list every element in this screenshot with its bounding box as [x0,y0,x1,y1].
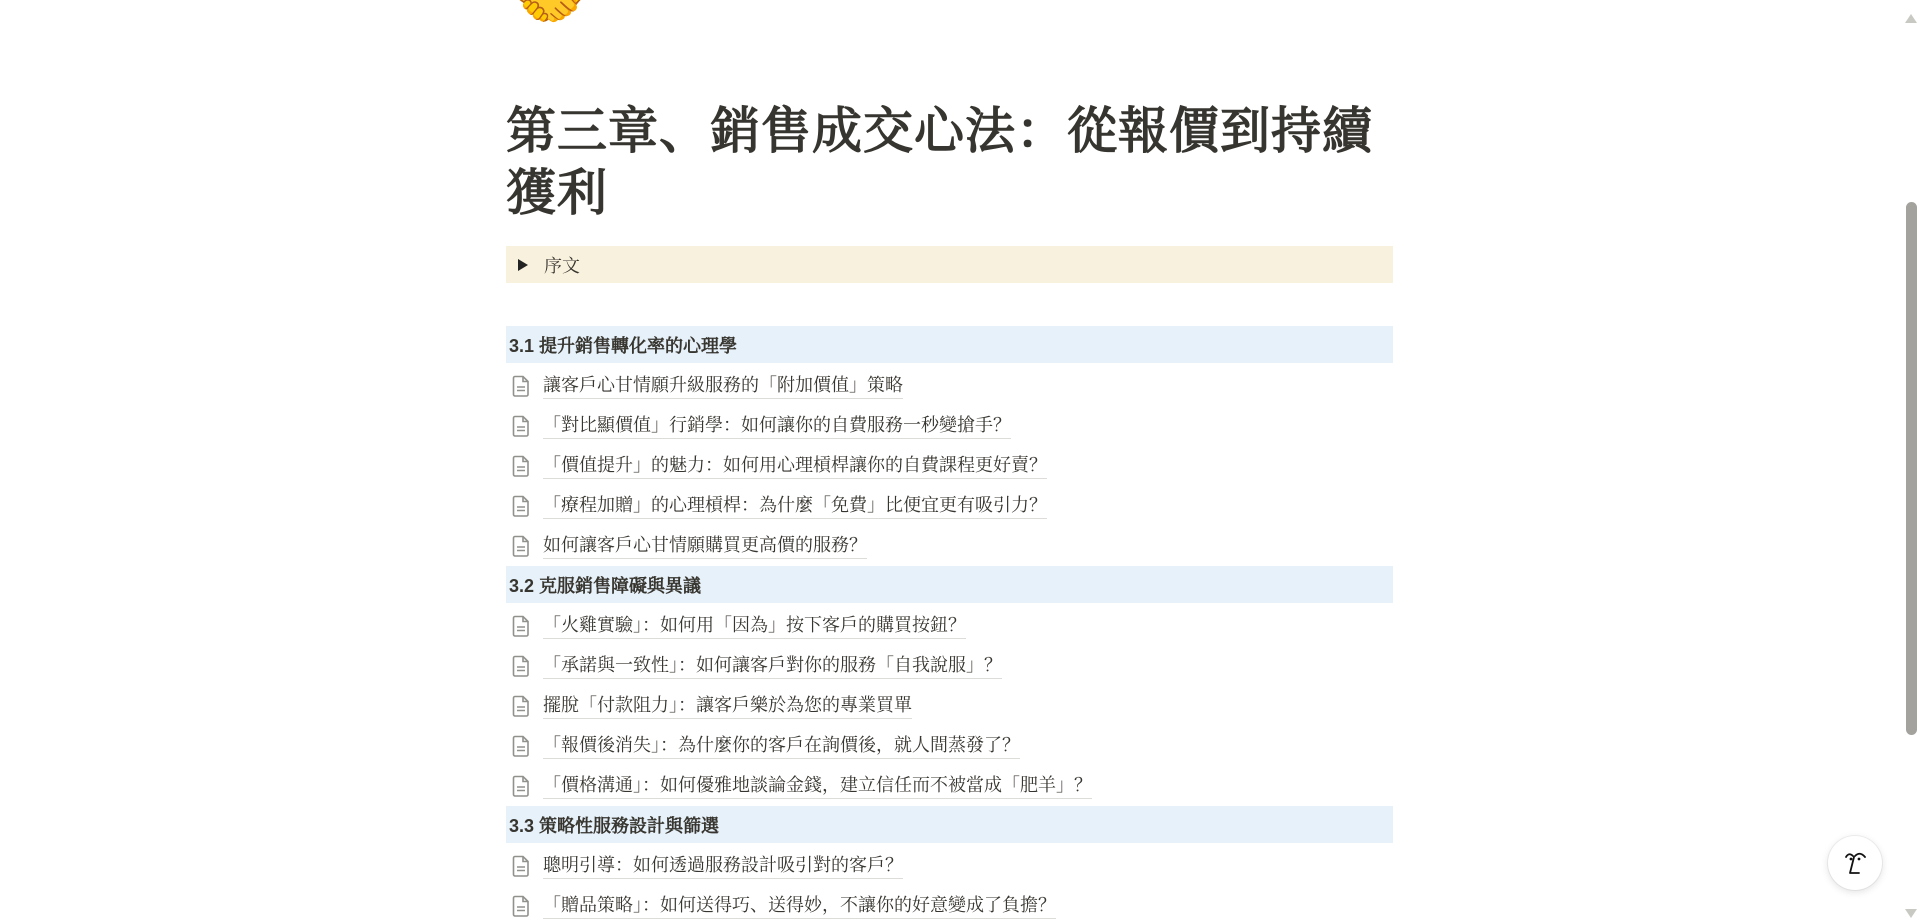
page-doc-icon [512,535,530,557]
page-link[interactable]: 「價格溝通」：如何優雅地談論金錢，建立信任而不被當成「肥羊」？ [506,768,1092,804]
page-link[interactable]: 「報價後消失」：為什麼你的客戶在詢價後，就人間蒸發了？ [506,728,1020,764]
page-doc-icon [512,455,530,477]
page-link-text[interactable]: 聰明引導：如何透過服務設計吸引對的客戶？ [543,853,903,879]
toggle-label: 序文 [544,252,580,278]
toggle-preface[interactable]: 序文 [506,246,1393,283]
scrollbar-thumb[interactable] [1906,202,1917,735]
notion-page: 🤝 第三章、銷售成交心法：從報價到持續獲利 序文 3.1 提升銷售轉化率的心理學… [0,0,1918,923]
page-link-text[interactable]: 「承諾與一致性」：如何讓客戶對你的服務「自我說服」？ [543,653,1002,679]
vertical-scrollbar[interactable] [1902,0,1918,923]
page-link[interactable]: 如何讓客戶心甘情願購買更高價的服務？ [506,528,867,564]
section-heading: 3.3 策略性服務設計與篩選 [506,806,1393,843]
page-link[interactable]: 聰明引導：如何透過服務設計吸引對的客戶？ [506,848,903,884]
section-heading: 3.2 克服銷售障礙與異議 [506,566,1393,603]
page-link[interactable]: 「對比顯價值」行銷學：如何讓你的自費服務一秒變搶手？ [506,408,1011,444]
handshake-icon[interactable]: 🤝 [506,0,596,36]
page-doc-icon [512,895,530,917]
page-link-text[interactable]: 擺脫「付款阻力」：讓客戶樂於為您的專業買單 [543,693,912,719]
page-link-text[interactable]: 「贈品策略」：如何送得巧、送得妙，不讓你的好意變成了負擔？ [543,893,1056,919]
scroll-up-arrow-icon[interactable] [1905,14,1917,23]
notion-ai-button[interactable] [1828,836,1882,890]
page-doc-icon [512,375,530,397]
toggle-triangle-icon[interactable] [518,259,528,271]
notion-ai-face-icon [1840,848,1870,878]
section-heading: 3.1 提升銷售轉化率的心理學 [506,326,1393,363]
page-link[interactable]: 擺脫「付款阻力」：讓客戶樂於為您的專業買單 [506,688,912,724]
page-link-text[interactable]: 「療程加贈」的心理槓桿：為什麼「免費」比便宜更有吸引力？ [543,493,1047,519]
page-link[interactable]: 讓客戶心甘情願升級服務的「附加價值」策略 [506,368,903,404]
page-doc-icon [512,855,530,877]
page-link-text[interactable]: 讓客戶心甘情願升級服務的「附加價值」策略 [543,373,903,399]
page-link-text[interactable]: 「對比顯價值」行銷學：如何讓你的自費服務一秒變搶手？ [543,413,1011,439]
page-link[interactable]: 「承諾與一致性」：如何讓客戶對你的服務「自我說服」？ [506,648,1002,684]
page-doc-icon [512,735,530,757]
page-link-text[interactable]: 「報價後消失」：為什麼你的客戶在詢價後，就人間蒸發了？ [543,733,1020,759]
page-doc-icon [512,415,530,437]
page-link-text[interactable]: 如何讓客戶心甘情願購買更高價的服務？ [543,533,867,559]
page-link-text[interactable]: 「火雞實驗」：如何用「因為」按下客戶的購買按鈕？ [543,613,966,639]
page-link[interactable]: 「價值提升」的魅力：如何用心理槓桿讓你的自費課程更好賣？ [506,448,1047,484]
page-link[interactable]: 「療程加贈」的心理槓桿：為什麼「免費」比便宜更有吸引力？ [506,488,1047,524]
page-doc-icon [512,615,530,637]
page-doc-icon [512,775,530,797]
page-doc-icon [512,695,530,717]
page-doc-icon [512,655,530,677]
page-link-text[interactable]: 「價值提升」的魅力：如何用心理槓桿讓你的自費課程更好賣？ [543,453,1047,479]
page-link[interactable]: 「火雞實驗」：如何用「因為」按下客戶的購買按鈕？ [506,608,966,644]
page-doc-icon [512,495,530,517]
page-title[interactable]: 第三章、銷售成交心法：從報價到持續獲利 [506,100,1393,224]
page-link-text[interactable]: 「價格溝通」：如何優雅地談論金錢，建立信任而不被當成「肥羊」？ [543,773,1092,799]
scroll-down-arrow-icon[interactable] [1905,909,1917,918]
page-link[interactable]: 「贈品策略」：如何送得巧、送得妙，不讓你的好意變成了負擔？ [506,888,1056,923]
